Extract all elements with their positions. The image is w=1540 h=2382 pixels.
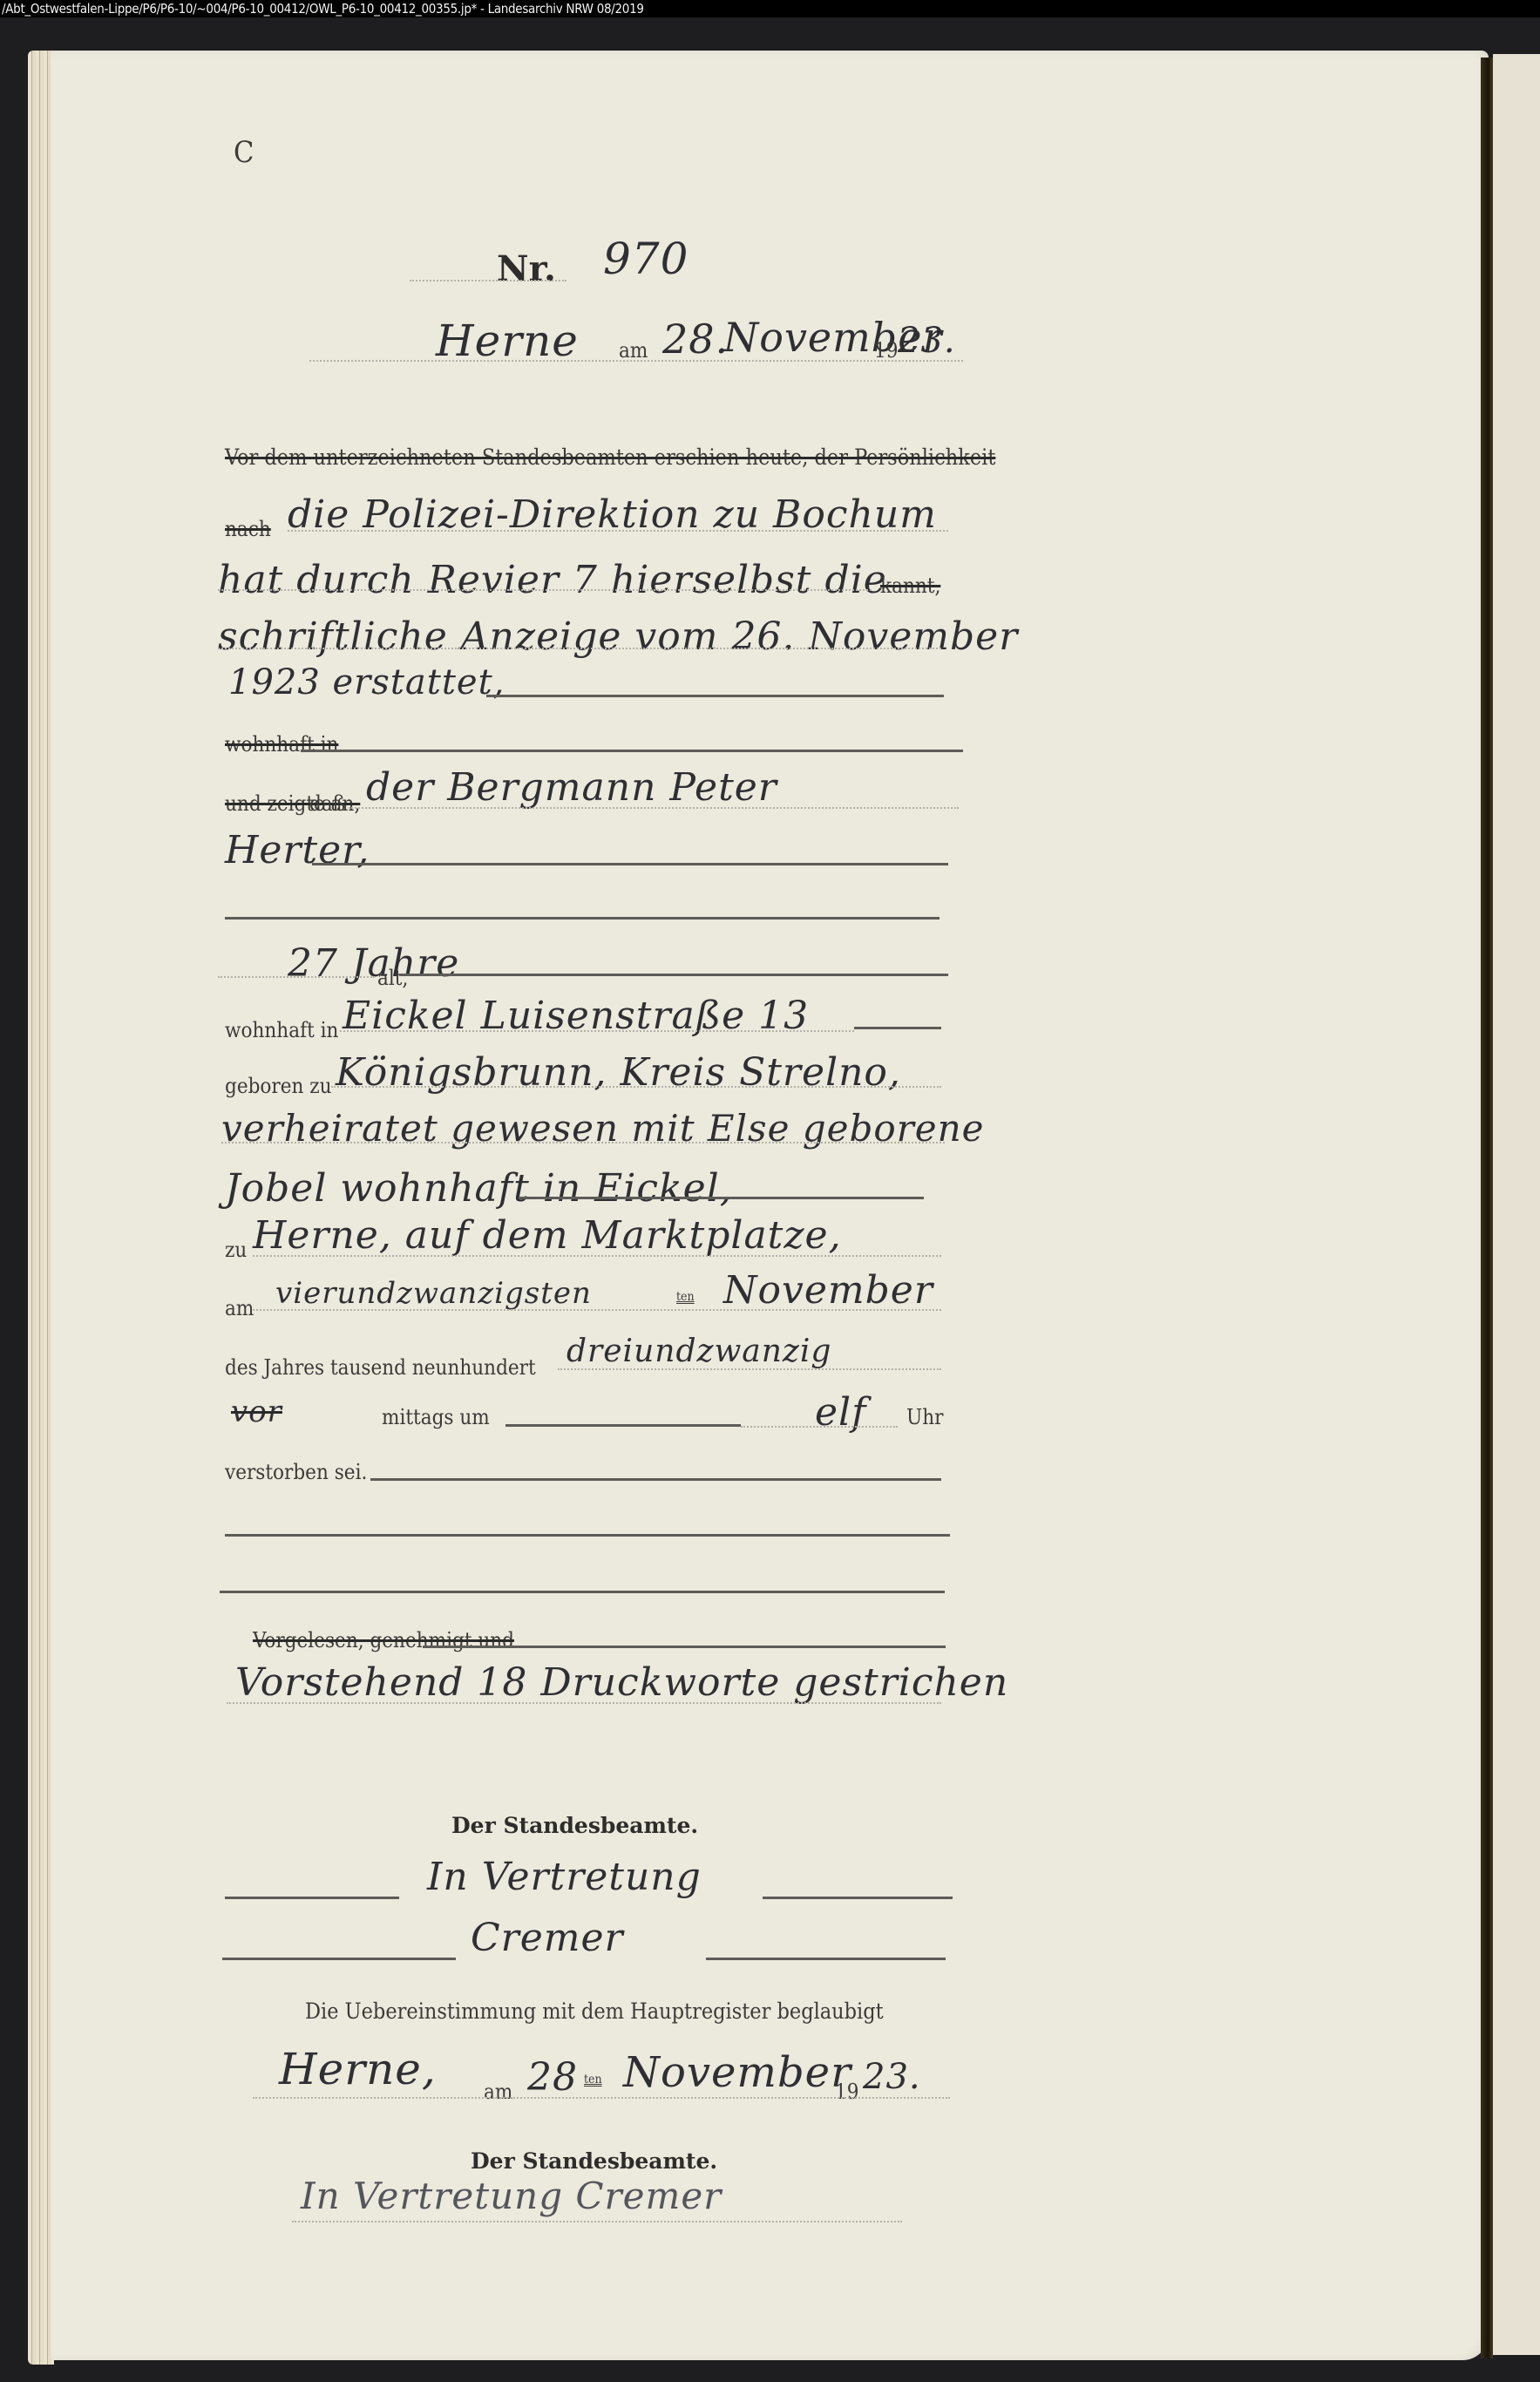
- death-day-words: vierundzwanzigsten: [275, 1276, 592, 1311]
- death-place: Herne, auf dem Marktplatze,: [253, 1213, 842, 1258]
- registration-day: 28.: [662, 316, 729, 363]
- zu-label: zu: [225, 1238, 247, 1262]
- signature-2: In Vertretung Cremer: [301, 2175, 722, 2217]
- struck-intro-text: Vor dem unterzeichneten Standesbeamten e…: [225, 445, 995, 470]
- death-year-words: dreiundzwanzig: [566, 1334, 831, 1369]
- year-label: des Jahres tausend neunhundert: [225, 1355, 536, 1380]
- register-number-label: Nr.: [497, 248, 556, 289]
- year-prefix: 19: [874, 338, 898, 363]
- cert-ten-suffix: ten: [584, 2073, 602, 2087]
- deceased-age: 27 Jahre: [288, 941, 459, 986]
- signature-in-vertretung: In Vertretung: [427, 1855, 702, 1899]
- form-letter: C: [234, 135, 254, 170]
- am-day-label: am: [225, 1296, 254, 1320]
- registration-year: 23.: [898, 321, 956, 361]
- registrar-title-1: Der Standesbeamte.: [451, 1813, 698, 1838]
- mittags-label: mittags um: [382, 1405, 490, 1429]
- spouse-line-2: Jobel wohnhaft in Eickel,: [225, 1166, 733, 1211]
- alt-label: alt,: [377, 966, 408, 990]
- informant-line-3: schriftliche Anzeige vom 26. November: [218, 614, 1018, 659]
- death-hour: elf: [815, 1390, 866, 1435]
- informant-line-2: hat durch Revier 7 hierselbst die: [218, 558, 887, 602]
- register-number: 970: [603, 234, 689, 284]
- window-title: /Abt_Ostwestfalen-Lippe/P6/P6-10/~004/P6…: [2, 1, 644, 17]
- am-label: am: [619, 338, 648, 363]
- signature-cremer: Cremer: [471, 1916, 624, 1960]
- adjacent-page-edge: [1493, 54, 1540, 2355]
- window-title-bar: /Abt_Ostwestfalen-Lippe/P6/P6-10/~004/P6…: [0, 0, 1540, 17]
- struck-vorgelesen: Vorgelesen, genehmigt und: [253, 1628, 514, 1652]
- certification-text: Die Uebereinstimmung mit dem Hauptregist…: [305, 1999, 884, 2024]
- cert-day: 28: [527, 2055, 578, 2100]
- registration-place: Herne: [436, 316, 579, 366]
- struck-nach: nach: [225, 517, 271, 541]
- cert-am-label: am: [484, 2080, 512, 2104]
- cert-place: Herne,: [279, 2044, 437, 2094]
- dass-label: daß: [309, 791, 345, 816]
- geboren-label: geboren zu: [225, 1074, 332, 1098]
- verstorben-label: verstorben sei.: [225, 1460, 367, 1484]
- registrar-title-2: Der Standesbeamte.: [471, 2148, 717, 2174]
- wohnhaft-label: wohnhaft in: [225, 1018, 338, 1042]
- cert-year: 23.: [863, 2057, 921, 2097]
- ten-suffix: ten: [676, 1290, 695, 1304]
- deceased-line-1: der Bergmann Peter: [366, 765, 777, 810]
- book-gutter: [1481, 58, 1493, 2358]
- cert-month: November: [623, 2048, 851, 2097]
- death-month: November: [723, 1268, 933, 1313]
- informant-line-4: 1923 erstattet,: [228, 662, 505, 702]
- struck-vor: vor: [231, 1395, 282, 1429]
- deceased-line-2: Herter,: [225, 828, 370, 872]
- struck-kannt: kannt,: [880, 573, 940, 598]
- cert-year-prefix: 19: [835, 2080, 858, 2104]
- uhr-label: Uhr: [906, 1405, 943, 1429]
- struck-wohnhaft: wohnhaft in: [225, 732, 338, 757]
- correction-remark: Vorstehend 18 Druckworte gestrichen: [235, 1660, 1008, 1705]
- birthplace: Königsbrunn, Kreis Strelno,: [336, 1050, 901, 1095]
